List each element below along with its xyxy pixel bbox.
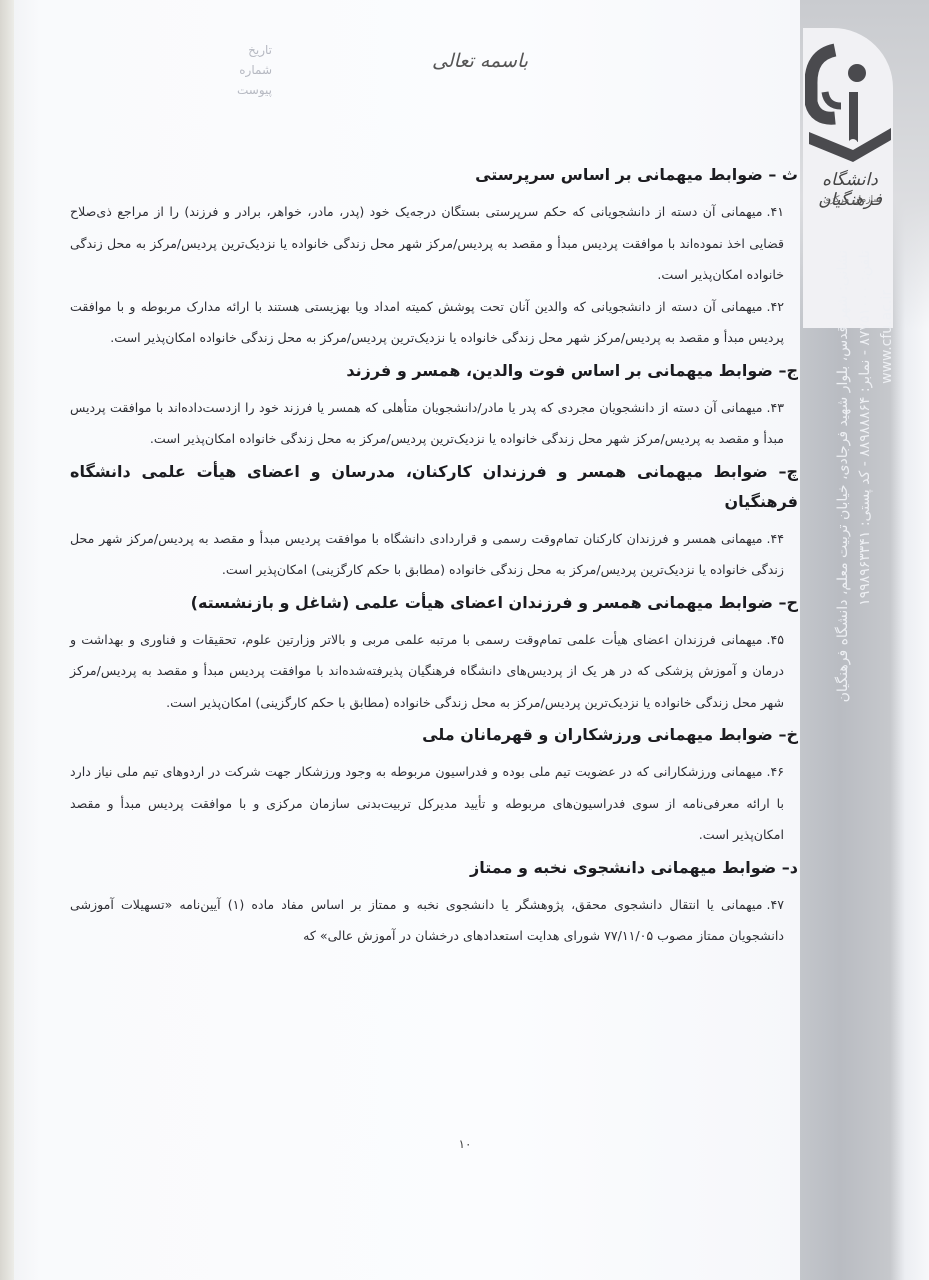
scan-edge	[0, 0, 14, 1280]
section-heading: خ– ضوابط میهمانی ورزشکاران و قهرمانان مل…	[70, 720, 798, 750]
university-logo-icon	[805, 40, 895, 165]
letterhead-address: نشانی: شهر قدس، بلوار شهید فرجادی، خیابا…	[832, 250, 898, 1150]
clause-41: ۴۱.میهمانی آن دسته از دانشجویانی که حکم …	[70, 196, 798, 291]
basmala-heading: باسمه تعالی	[430, 50, 530, 72]
clause-44: ۴۴.میهمانی همسر و فرزندان کارکنان تمام‌و…	[70, 523, 798, 586]
section-heading: ج– ضوابط میهمانی بر اساس فوت والدین، همس…	[70, 356, 798, 386]
clause-number: ۴۷.	[766, 897, 784, 912]
clause-text: میهمانی فرزندان اعضای هیأت علمی تمام‌وقت…	[70, 632, 784, 710]
section-heading: ث – ضوابط میهمانی بر اساس سرپرستی	[70, 160, 798, 190]
clause-43: ۴۳.میهمانی آن دسته از دانشجویان مجردی که…	[70, 392, 798, 455]
clause-text: میهمانی یا انتقال دانشجوی محقق، پژوهشگر …	[70, 897, 784, 944]
clause-text: میهمانی آن دسته از دانشجویان مجردی که پد…	[70, 400, 784, 447]
section: ج– ضوابط میهمانی بر اساس فوت والدین، همس…	[70, 356, 798, 455]
section-heading: د– ضوابط میهمانی دانشجوی نخبه و ممتاز	[70, 853, 798, 883]
section: چ– ضوابط میهمانی همسر و فرزندان کارکنان،…	[70, 457, 798, 586]
clause-number: ۴۵.	[766, 632, 784, 647]
clause-text: میهمانی آن دسته از دانشجویانی که والدین …	[70, 299, 784, 346]
clause-text: میهمانی همسر و فرزندان کارکنان تمام‌وقت …	[70, 531, 784, 578]
clause-46: ۴۶.میهمانی ورزشکارانی که در عضویت تیم مل…	[70, 756, 798, 851]
section: ث – ضوابط میهمانی بر اساس سرپرستی ۴۱.میه…	[70, 160, 798, 354]
letter-meta: تاریخ شماره پیوست	[212, 40, 272, 100]
meta-number-label: شماره	[212, 60, 272, 80]
clause-47: ۴۷.میهمانی یا انتقال دانشجوی محقق، پژوهش…	[70, 889, 798, 952]
clause-text: میهمانی ورزشکارانی که در عضویت تیم ملی ب…	[70, 764, 784, 842]
address-line: نشانی: شهر قدس، بلوار شهید فرجادی، خیابا…	[832, 250, 854, 1150]
contact-line: تلفن: ۸۷۷۵۱۰۰۰ - نمابر: ۸۸۹۸۸۸۶۴ - کد پس…	[854, 250, 876, 1150]
clause-number: ۴۱.	[766, 204, 784, 219]
document-body: ث – ضوابط میهمانی بر اساس سرپرستی ۴۱.میه…	[70, 160, 798, 952]
clause-text: میهمانی آن دسته از دانشجویانی که حکم سرپ…	[70, 204, 784, 282]
section: خ– ضوابط میهمانی ورزشکاران و قهرمانان مل…	[70, 720, 798, 851]
clause-number: ۴۶.	[766, 764, 784, 779]
clause-number: ۴۳.	[766, 400, 784, 415]
section: ح– ضوابط میهمانی همسر و فرزندان اعضای هی…	[70, 588, 798, 719]
clause-42: ۴۲.میهمانی آن دسته از دانشجویانی که والد…	[70, 291, 798, 354]
clause-number: ۴۲.	[766, 299, 784, 314]
clause-number: ۴۴.	[766, 531, 784, 546]
meta-date-label: تاریخ	[212, 40, 272, 60]
section: د– ضوابط میهمانی دانشجوی نخبه و ممتاز ۴۷…	[70, 853, 798, 952]
section-heading: چ– ضوابط میهمانی همسر و فرزندان کارکنان،…	[70, 457, 798, 517]
logo-subtitle: سازمان مرکزی	[812, 195, 892, 205]
section-heading: ح– ضوابط میهمانی همسر و فرزندان اعضای هی…	[70, 588, 798, 618]
meta-attachment-label: پیوست	[212, 80, 272, 100]
website-link[interactable]: www.cfu.ac.ir	[876, 250, 898, 1150]
page-number: ۱۰	[440, 1137, 490, 1151]
clause-45: ۴۵.میهمانی فرزندان اعضای هیأت علمی تمام‌…	[70, 624, 798, 719]
